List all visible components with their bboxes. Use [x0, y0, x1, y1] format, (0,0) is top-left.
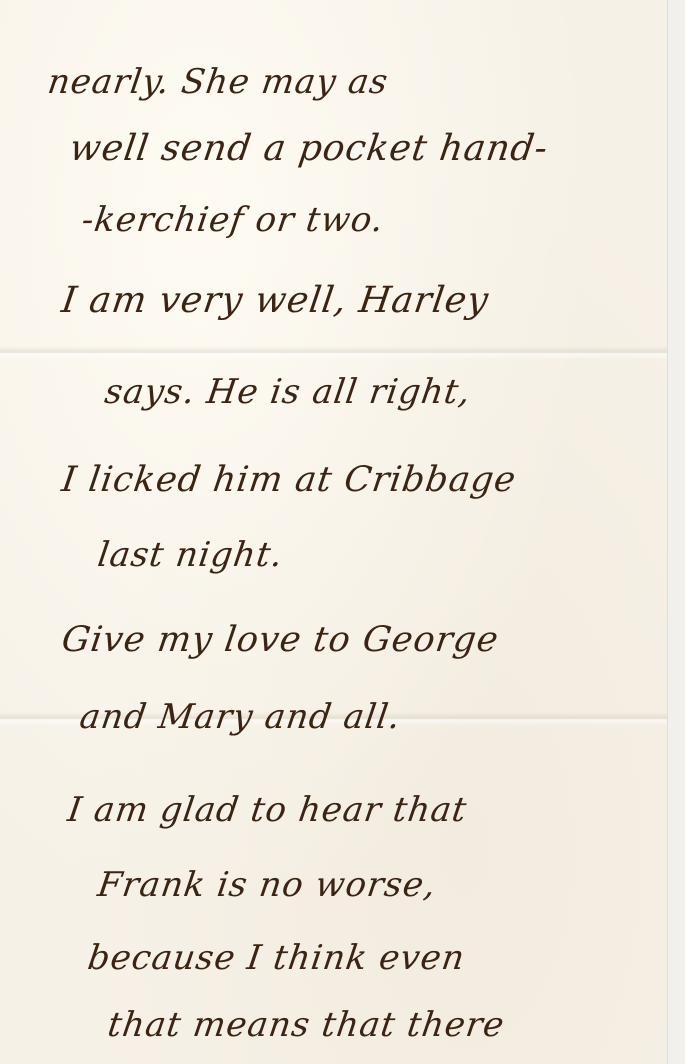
letter-page: nearly. She may as well send a pocket ha… — [0, 0, 668, 1064]
handwritten-line: last night. — [95, 535, 286, 575]
handwritten-line: well send a pocket hand- — [67, 128, 551, 169]
handwritten-line: because I think even — [85, 938, 467, 978]
handwritten-line: and Mary and all. — [77, 697, 403, 737]
handwritten-line: Frank is no worse, — [95, 865, 439, 905]
handwritten-line: nearly. She may as — [45, 62, 391, 102]
handwritten-line: says. He is all right, — [102, 372, 473, 412]
handwritten-line: I am glad to hear that — [65, 790, 469, 830]
fold-line-upper — [0, 346, 667, 360]
handwritten-line: that means that there — [105, 1005, 507, 1045]
handwritten-line: I licked him at Cribbage — [59, 460, 519, 500]
handwritten-line: Give my love to George — [59, 620, 501, 660]
handwritten-line: -kerchief or two. — [79, 200, 386, 240]
handwritten-line: I am very well, Harley — [59, 280, 491, 321]
